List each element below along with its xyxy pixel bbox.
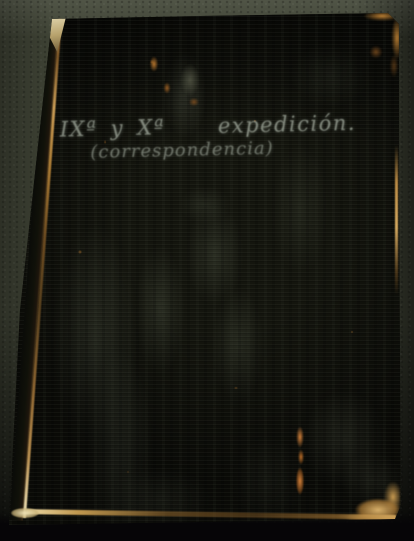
edge-wear-right — [395, 145, 398, 295]
notebook-front-cover: IXª y Xª expedición. (correspondencia) — [0, 0, 414, 541]
photo-of-notebook: IXª y Xª expedición. (correspondencia) — [0, 0, 414, 541]
drip-stain-bottom-center — [292, 427, 308, 497]
stain-cluster-top-left — [140, 48, 212, 120]
wear-blob-bottom-left — [11, 508, 39, 518]
handwritten-title: IXª y Xª expedición. (correspondencia) — [60, 110, 371, 163]
